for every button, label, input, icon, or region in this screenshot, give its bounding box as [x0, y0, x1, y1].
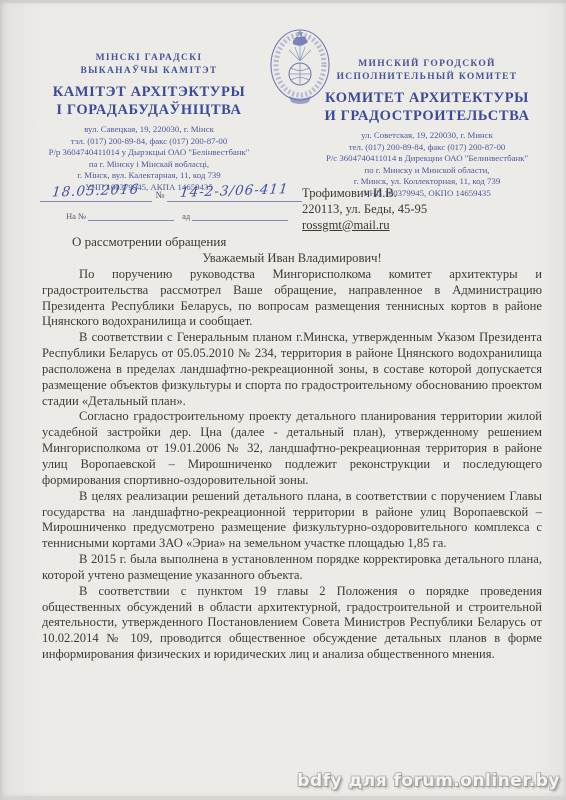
address-line: Р/с 3604740411014 в Дирекции ОАО "Белинв…	[300, 153, 554, 165]
address-line: ул. Советская, 19, 220030, г. Минск	[300, 130, 554, 142]
reference-block: 18.05.2016 № 14-2-3/06-411 На № ад	[40, 182, 302, 221]
body-paragraph: В соответствии с Генеральным планом г.Ми…	[42, 330, 542, 409]
address-line: тел. (017) 200-89-84, факс (017) 200-87-…	[300, 142, 554, 154]
org-name-line: ИСПОЛНИТЕЛЬНЫЙ КОМИТЕТ	[300, 71, 554, 84]
body-paragraph: В соответствии с пунктом 19 главы 2 Поло…	[42, 584, 542, 663]
address-line: Р/р 3604740411014 у Дырэкцыі ОАО "Белінв…	[26, 147, 272, 159]
address-line: па г. Мінску і Мінскай вобласці,	[26, 159, 272, 171]
reply-to-label: На №	[66, 211, 86, 221]
address-line: по г. Минску и Минской области,	[300, 165, 554, 177]
letterhead-right: МИНСКИЙ ГОРОДСКОЙ ИСПОЛНИТЕЛЬНЫЙ КОМИТЕТ…	[300, 58, 554, 200]
scanned-letter-page: МІНСКІ ГАРАДСКІ ВЫКАНАЎЧЫ КАМІТЭТ КАМІТЭ…	[0, 0, 566, 800]
body-paragraph: По поручению руководства Мингорисполкома…	[42, 267, 542, 330]
committee-title-line: КАМІТЭТ АРХІТЭКТУРЫ	[26, 83, 272, 101]
body-paragraph: В 2015 г. была выполнена в установленном…	[42, 552, 542, 584]
reply-from-label: ад	[182, 211, 190, 221]
letter-body: Уважаемый Иван Владимирович! По поручени…	[42, 251, 542, 663]
recipient-email: rossgmt@mail.ru	[302, 218, 427, 234]
org-name-line: ВЫКАНАЎЧЫ КАМІТЭТ	[26, 65, 272, 78]
reply-number-blank	[88, 210, 174, 221]
org-name-line: МИНСКИЙ ГОРОДСКОЙ	[300, 58, 554, 71]
address-line: г. Мінск, вул. Калектарная, 11, код 739	[26, 170, 272, 182]
date-field: 18.05.2016	[40, 182, 152, 202]
recipient-block: Трофимович И.В. 220113, ул. Беды, 45-95 …	[302, 186, 427, 233]
body-paragraph: В целях реализации решений детального пл…	[42, 489, 542, 552]
recipient-address: 220113, ул. Беды, 45-95	[302, 202, 427, 218]
incoming-ref-line: На № ад	[66, 210, 302, 221]
committee-title-line: КОМИТЕТ АРХИТЕКТУРЫ	[300, 89, 554, 107]
org-name-line: МІНСКІ ГАРАДСКІ	[26, 52, 272, 65]
outgoing-ref-line: 18.05.2016 № 14-2-3/06-411	[40, 182, 302, 202]
letterhead-left: МІНСКІ ГАРАДСКІ ВЫКАНАЎЧЫ КАМІТЭТ КАМІТЭ…	[26, 52, 272, 194]
body-paragraph: Согласно градостроительному проекту дета…	[42, 409, 542, 488]
number-sign-label: №	[156, 191, 165, 201]
number-field: 14-2-3/06-411	[167, 182, 302, 202]
letter-subject: О рассмотрении обращения	[72, 234, 226, 250]
recipient-name: Трофимович И.В.	[302, 186, 427, 202]
committee-title-line: И ГРАДОСТРОИТЕЛЬСТВА	[300, 107, 554, 125]
salutation: Уважаемый Иван Владимирович!	[42, 251, 542, 267]
handwritten-date: 18.05.2016	[51, 181, 140, 200]
address-line: вул. Савецкая, 19, 220030, г. Мінск	[26, 124, 272, 136]
handwritten-number: 14-2-3/06-411	[179, 181, 289, 201]
committee-title-line: І ГОРАДАБУДАЎНІЦТВА	[26, 101, 272, 119]
address-line: тэл. (017) 200-89-84, факс (017) 200-87-…	[26, 136, 272, 148]
site-watermark: bdfy для forum.onliner.by	[297, 771, 560, 791]
reply-date-blank	[192, 210, 288, 221]
